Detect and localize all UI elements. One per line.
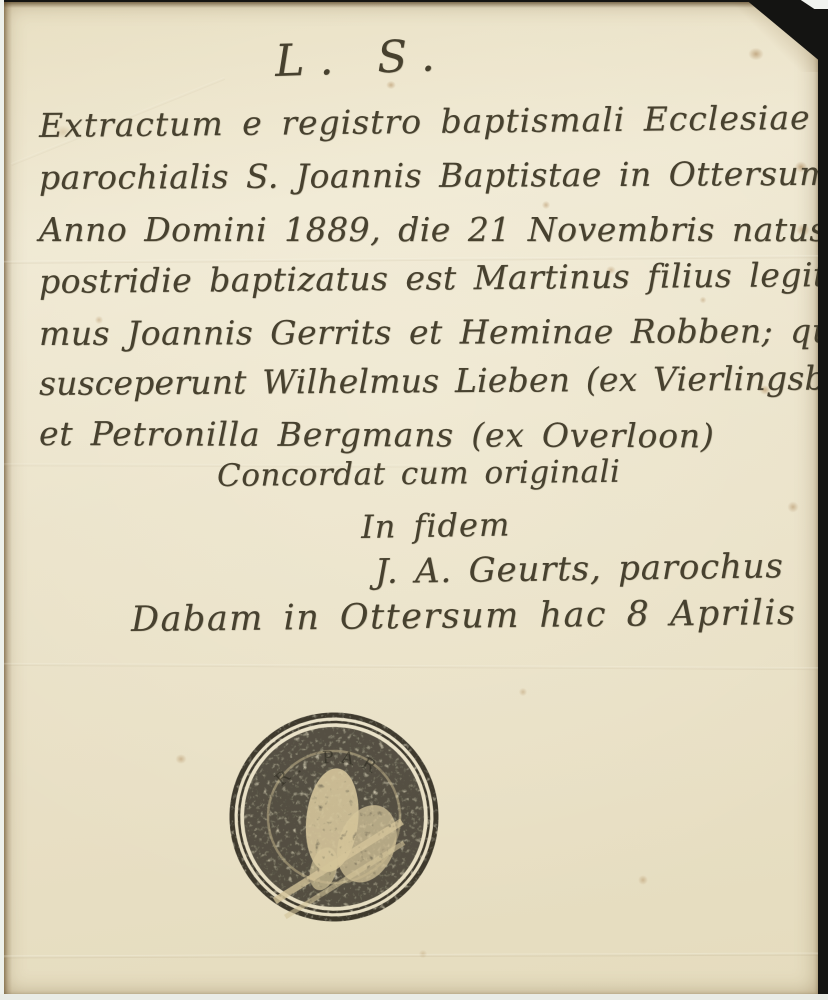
handwritten-line: Extractum e registro baptismali Ecclesia… — [39, 98, 811, 145]
handwritten-line: postridie baptizatus est Martinus filius… — [39, 255, 828, 301]
paper-edge-top — [3, 2, 818, 8]
handwritten-line: Anno Domini 1889, die 21 Novembris natus… — [39, 210, 828, 249]
handwritten-line: mus Joannis Gerrits et Heminae Robben; q… — [39, 311, 828, 353]
scanned-document: L. S. Extractum e registro baptismali Ec… — [0, 0, 828, 1000]
paper-corner-fold — [728, 2, 818, 72]
signature-line: J. A. Geurts, parochus — [375, 546, 784, 592]
scanner-edge-bottom — [0, 994, 828, 1000]
crease-line — [3, 953, 818, 959]
scanner-edge-left — [0, 0, 4, 1000]
handwritten-line: susceperunt Wilhelmus Lieben (ex Vierlin… — [39, 358, 828, 403]
parish-ink-stamp: R. PAR — [218, 701, 451, 934]
crease-line — [3, 663, 818, 670]
stamp-graphic: R. PAR — [218, 701, 451, 934]
dateline: Dabam in Ottersum hac 8 Aprilis 1912 — [131, 592, 828, 640]
concordat-line: Concordat cum originali — [217, 454, 621, 494]
in-fidem-line: In fidem — [361, 505, 511, 546]
handwritten-line: et Petronilla Bergmans (ex Overloon) — [39, 414, 715, 455]
scanner-edge-topright — [794, 0, 828, 9]
locus-sigilli-heading: L. S. — [274, 30, 450, 87]
handwritten-line: parochialis S. Joannis Baptistae in Otte… — [39, 154, 828, 197]
paper-edge-left — [3, 2, 12, 995]
paper-sheet: L. S. Extractum e registro baptismali Ec… — [3, 2, 818, 995]
